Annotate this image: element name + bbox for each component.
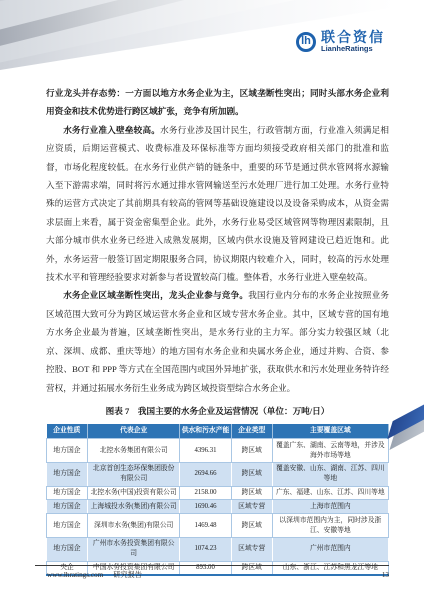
- cell-company: 北控水务(中国)投资有限公司: [88, 486, 180, 500]
- report-page: lh 联合资信 LianheRatings 行业龙头并存态势：一方面以地方水务企…: [0, 0, 424, 600]
- cell-region: 以深圳市范围内为主，同时涉及浙江、安徽等地: [272, 514, 388, 538]
- brand-name-zh: 联合资信: [321, 30, 385, 45]
- cell-region: 覆盖广东、湖南、云南等地，并涉及海外市场等地: [272, 439, 388, 463]
- col-header-region: 主要覆盖区域: [272, 424, 388, 438]
- water-companies-table: 企业性质 代表企业 供水和污水产能 企业类型 主要覆盖区域 地方国企 北控水务集…: [46, 424, 389, 576]
- paragraph-body: 水务行业涉及国计民生，行政管制方面，行业准入须满足相应资质，后期运营模式、收费标…: [46, 125, 389, 282]
- paragraph-industry-leaders: 行业龙头并存态势：一方面以地方水务企业为主，区域垄断性突出；同时头部水务企业利用…: [46, 84, 389, 121]
- cell-region: 广东、福建、山东、江苏、四川等地: [272, 486, 388, 500]
- footer: www.lhratings.com 研究报告 13: [35, 570, 389, 580]
- cell-capacity: 1074.23: [180, 537, 231, 561]
- cell-company: 上海城投水务(集团)有限公司: [88, 500, 180, 514]
- cell-type: 跨区域: [231, 486, 272, 500]
- cell-type: 跨区域: [231, 462, 272, 486]
- paragraph-regional-monopoly: 水务企业区域垄断性突出，龙头企业参与竞争。我国行业内分布的水务企业按照业务区域范…: [46, 286, 389, 396]
- paragraph-body: 我国行业内分布的水务企业按照业务区域范围大致可分为跨区域运营水务企业和区域专营水…: [46, 290, 389, 392]
- page-ribbon-decoration: [382, 408, 424, 452]
- cell-capacity: 1469.48: [180, 514, 231, 538]
- table-header-row: 企业性质 代表企业 供水和污水产能 企业类型 主要覆盖区域: [47, 424, 389, 438]
- cell-type: 跨区域: [231, 439, 272, 463]
- cell-region: 覆盖安徽、山东、湖南、江苏、四川等地: [272, 462, 388, 486]
- footer-doc-type: 研究报告: [113, 570, 142, 580]
- cell-company: 广州市水务投资集团有限公司: [88, 537, 180, 561]
- page-number: 13: [382, 571, 389, 579]
- cell-type: 跨区域: [231, 514, 272, 538]
- cell-capacity: 2694.66: [180, 462, 231, 486]
- footer-website: www.lhratings.com: [47, 571, 103, 579]
- cell-capacity: 1690.46: [180, 500, 231, 514]
- cell-capacity: 2158.00: [180, 486, 231, 500]
- col-header-company: 代表企业: [88, 424, 180, 438]
- cell-region: 广州市范围内: [272, 537, 388, 561]
- table-row: 地方国企 深圳市水务(集团)有限公司 1469.48 跨区域 以深圳市范围内为主…: [47, 514, 389, 538]
- paragraph-lead: 水务企业区域垄断性突出，龙头企业参与竞争。: [63, 290, 248, 300]
- cell-ownership: 地方国企: [47, 537, 88, 561]
- paragraph-lead: 水务行业准入壁垒较高。: [63, 125, 160, 135]
- paragraph-lead: 行业龙头并存态势：一方面以地方水务企业为主，区域垄断性突出；同时头部水务企业利用…: [46, 88, 389, 116]
- cell-type: 区域专营: [231, 500, 272, 514]
- cell-company: 北京首创生态环保集团股份有限公司: [88, 462, 180, 486]
- brand-name-en: LianheRatings: [321, 45, 385, 53]
- cell-company: 北控水务集团有限公司: [88, 439, 180, 463]
- report-body: 行业龙头并存态势：一方面以地方水务企业为主，区域垄断性突出；同时头部水务企业利用…: [46, 84, 389, 576]
- cell-ownership: 地方国企: [47, 486, 88, 500]
- col-header-capacity: 供水和污水产能: [180, 424, 231, 438]
- table-row: 地方国企 北控水务集团有限公司 4396.31 跨区域 覆盖广东、湖南、云南等地…: [47, 439, 389, 463]
- brand-logo: lh 联合资信 LianheRatings: [296, 30, 385, 54]
- table-row: 地方国企 上海城投水务(集团)有限公司 1690.46 区域专营 上海市范围内: [47, 500, 389, 514]
- lianhe-circle-h-icon: lh: [296, 32, 316, 52]
- cell-ownership: 地方国企: [47, 500, 88, 514]
- col-header-type: 企业类型: [231, 424, 272, 438]
- cell-ownership: 地方国企: [47, 439, 88, 463]
- table-row: 地方国企 北控水务(中国)投资有限公司 2158.00 跨区域 广东、福建、山东…: [47, 486, 389, 500]
- table-row: 地方国企 北京首创生态环保集团股份有限公司 2694.66 跨区域 覆盖安徽、山…: [47, 462, 389, 486]
- cell-type: 区域专营: [231, 537, 272, 561]
- cell-ownership: 地方国企: [47, 514, 88, 538]
- cell-company: 深圳市水务(集团)有限公司: [88, 514, 180, 538]
- table-row: 地方国企 广州市水务投资集团有限公司 1074.23 区域专营 广州市范围内: [47, 537, 389, 561]
- footer-divider: [35, 565, 389, 566]
- col-header-ownership: 企业性质: [47, 424, 88, 438]
- table-title: 图表 7 我国主要的水务企业及运营情况（单位：万吨/日）: [46, 402, 389, 420]
- cell-capacity: 4396.31: [180, 439, 231, 463]
- cell-region: 上海市范围内: [272, 500, 388, 514]
- paragraph-entry-barrier: 水务行业准入壁垒较高。水务行业涉及国计民生，行政管制方面，行业准入须满足相应资质…: [46, 121, 389, 287]
- cell-ownership: 地方国企: [47, 462, 88, 486]
